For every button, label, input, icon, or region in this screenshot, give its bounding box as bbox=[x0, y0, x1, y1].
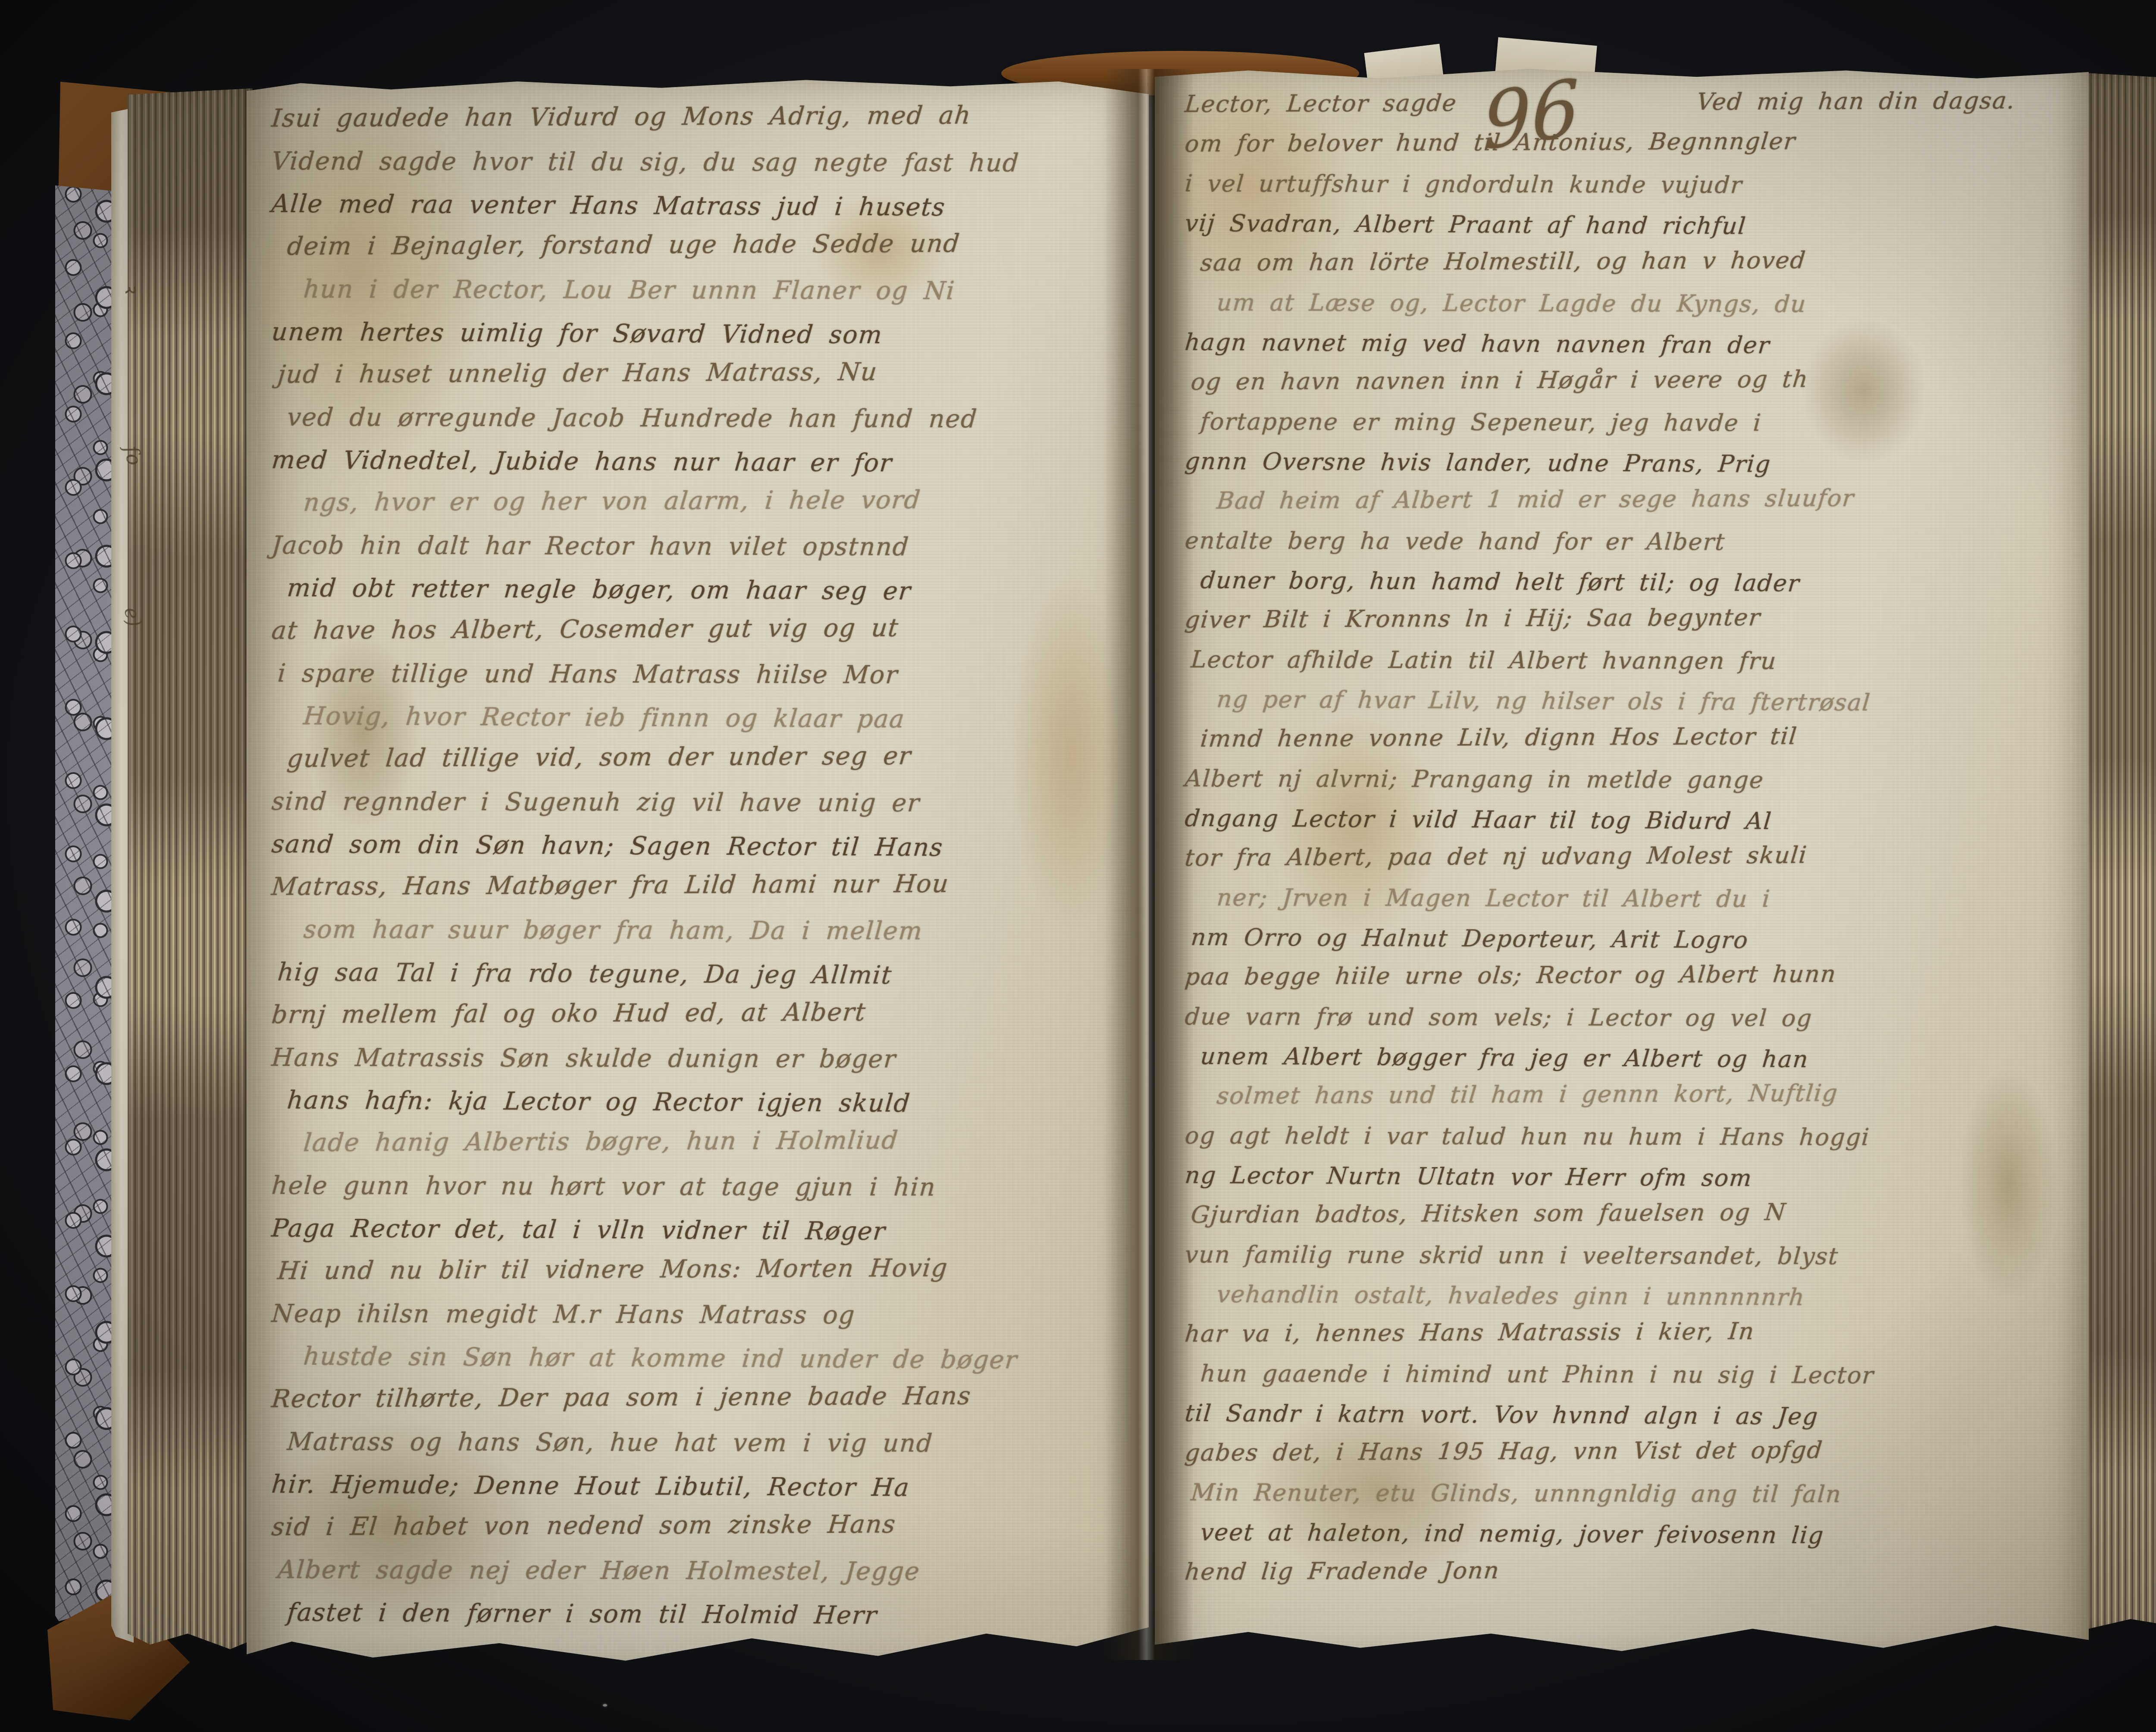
handwriting-line: Vidend sagde hvor til du sig, du sag neg… bbox=[270, 140, 1133, 185]
handwriting-line: sind regnnder i Sugenuh zig vil have uni… bbox=[270, 780, 1133, 825]
handwriting-line: Gjurdian badtos, Hitsken som fauelsen og… bbox=[1189, 1191, 2065, 1235]
left-page-handwriting: Isui gaudede han Vidurd og Mons Adrig, m… bbox=[247, 77, 1149, 1669]
heading-left: Lector, Lector sagde bbox=[1183, 83, 1459, 124]
handwriting-line: at have hos Albert, Cosemder gut vig og … bbox=[269, 606, 1134, 652]
handwriting-line: ner; Jrven i Magen Lector til Albert du … bbox=[1216, 878, 2065, 920]
handwriting-line: Bad heim af Albert 1 mid er sege hans sl… bbox=[1215, 477, 2065, 521]
handwriting-line: ngs, hvor er og her von alarm, i hele vo… bbox=[301, 478, 1134, 524]
handwriting-line: som haar suur bøger fra ham, Da i mellem bbox=[302, 908, 1133, 953]
handwriting-line: solmet hans und til ham i gennn kort, Nu… bbox=[1215, 1072, 2065, 1116]
handwriting-line: sid i El habet von nedend som zinske Han… bbox=[269, 1502, 1134, 1549]
handwriting-line: Hi und nu blir til vidnere Mons: Morten … bbox=[276, 1246, 1134, 1293]
handwriting-line: Albert nj alvrni; Prangang in metlde gan… bbox=[1184, 759, 2065, 801]
handwriting-line: ved du ørregunde Jacob Hundrede han fund… bbox=[285, 396, 1133, 441]
handwriting-line: i vel urtuffshur i gndorduln kunde vujud… bbox=[1184, 164, 2065, 206]
handwriting-line: Hans Matrassis Søn skulde dunign er bøge… bbox=[270, 1037, 1133, 1081]
handwriting-line: lade hanig Albertis bøgre, hun i Holmliu… bbox=[301, 1118, 1134, 1165]
handwriting-line: Min Renuter, etu Glinds, unnngnldig ang … bbox=[1190, 1473, 2065, 1515]
handwriting-line: fastet i den førner i som til Holmid Her… bbox=[285, 1591, 1133, 1638]
handwriting-line: Matrass og hans Søn, hue hat vem i vig u… bbox=[285, 1421, 1133, 1466]
pen-mark: ſo bbox=[119, 444, 148, 478]
pen-mark: e) bbox=[119, 605, 148, 639]
handwriting-heading-line: Lector, Lector sagde Ved mig han din dag… bbox=[1183, 81, 2065, 124]
scanner-background: ꝛſoe) RadiCommAlsen,diumnichenltp:amihmü… bbox=[0, 0, 2156, 1732]
handwriting-line: entalte berg ha vede hand for er Albert bbox=[1184, 521, 2065, 563]
handwriting-line: deim i Bejnagler, forstand uge hade Sedd… bbox=[285, 222, 1134, 268]
handwriting-line: Neap ihilsn megidt M.r Hans Matrass og bbox=[270, 1293, 1133, 1337]
handwriting-line: brnj mellem fal og oko Hud ed, at Albert bbox=[269, 990, 1134, 1037]
right-page: 96 Lector, Lector sagde Ved mig han din … bbox=[1155, 67, 2089, 1657]
handwriting-line: Matrass, Hans Matbøger fra Lild hami nur… bbox=[269, 862, 1134, 908]
handwriting-line: saa om han lörte Holmestill, og han v ho… bbox=[1198, 239, 2065, 283]
handwriting-line: Jacob hin dalt har Rector havn vilet ops… bbox=[270, 524, 1133, 569]
marbled-endpaper bbox=[55, 185, 115, 1621]
handwriting-line: Albert sagde nej eder Høen Holmestel, Je… bbox=[276, 1549, 1133, 1594]
left-page: Isui gaudede han Vidurd og Mons Adrig, m… bbox=[247, 77, 1149, 1669]
pen-mark: ꝛ bbox=[118, 280, 150, 315]
handwriting-line: Rector tilhørte, Der paa som i jenne baa… bbox=[269, 1374, 1134, 1421]
handwriting-line: Lector afhilde Latin til Albert hvanngen… bbox=[1190, 640, 2065, 682]
handwriting-line: um at Læse og, Lector Lagde du Kyngs, du bbox=[1216, 283, 2065, 325]
flyleaf-pen-marks: ꝛſoe) bbox=[119, 285, 149, 1406]
handwriting-line: gabes det, i Hans 195 Hag, vnn Vist det … bbox=[1183, 1429, 2065, 1473]
handwriting-line: gulvet lad tillige vid, som der under se… bbox=[285, 734, 1134, 780]
handwriting-line: har va i, hennes Hans Matrassis i kier, … bbox=[1183, 1310, 2065, 1354]
handwriting-line: i spare tillige und Hans Matrass hiilse … bbox=[276, 652, 1133, 697]
handwriting-line: hend lig Fradende Jonn bbox=[1183, 1548, 2065, 1592]
handwriting-line: hele gunn hvor nu hørt vor at tage gjun … bbox=[270, 1165, 1133, 1209]
right-page-handwriting: Lector, Lector sagde Ved mig han din dag… bbox=[1155, 67, 2089, 1657]
handwriting-line: om for belover hund til Antonius, Begnnn… bbox=[1183, 120, 2065, 164]
handwriting-line: og agt heldt i var talud hun nu hum i Ha… bbox=[1184, 1116, 2065, 1158]
handwriting-line: jud i huset unnelig der Hans Matrass, Nu bbox=[276, 350, 1134, 396]
heading-right: Ved mig han din dagsa. bbox=[1695, 81, 2017, 122]
dust-speck bbox=[603, 1704, 607, 1707]
handwriting-line: og en havn navnen inn i Høgår i veere og… bbox=[1189, 358, 2065, 402]
handwriting-line: due varn frø und som vels; i Lector og v… bbox=[1184, 997, 2065, 1039]
handwriting-line: imnd henne vonne Lilv, dignn Hos Lector … bbox=[1198, 715, 2065, 759]
handwriting-line: paa begge hiile urne ols; Rector og Albe… bbox=[1183, 953, 2065, 997]
handwriting-line: fortappene er ming Sepeneur, jeg havde i bbox=[1199, 402, 2065, 444]
handwriting-line: hun gaaende i himind unt Phinn i nu sig … bbox=[1199, 1354, 2065, 1396]
handwriting-line: vun familig rune skrid unn i veeltersand… bbox=[1184, 1235, 2065, 1277]
handwriting-line: giver Bilt i Kronnns ln i Hij; Saa begyn… bbox=[1183, 596, 2065, 640]
handwriting-line: hun i der Rector, Lou Ber unnn Flaner og… bbox=[302, 268, 1133, 313]
handwriting-line: Isui gaudede han Vidurd og Mons Adrig, m… bbox=[269, 94, 1134, 140]
right-page-lines: om for belover hund til Antonius, Begnnn… bbox=[1185, 124, 2063, 1592]
handwriting-line: tor fra Albert, paa det nj udvang Molest… bbox=[1183, 834, 2065, 878]
